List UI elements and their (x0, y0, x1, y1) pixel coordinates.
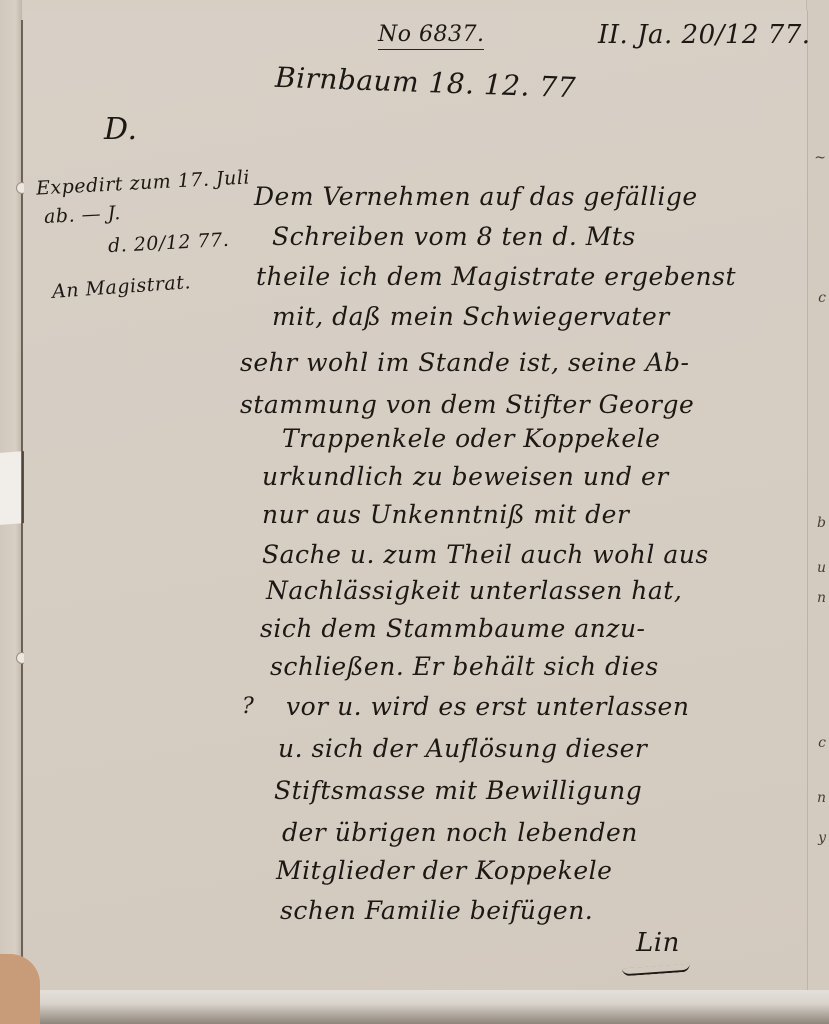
signature: Lin (636, 928, 680, 958)
body-line: der übrigen noch lebenden (282, 818, 638, 847)
adjacent-page-ink: n (817, 590, 826, 606)
reference-number: No 6837. (378, 22, 484, 50)
body-line: Trappenkele oder Koppekele (282, 424, 660, 453)
body-line: mit, daß mein Schwiegervater (272, 302, 670, 331)
body-line: sehr wohl im Stande ist, seine Ab- (240, 348, 689, 377)
adjacent-page-ink: ~ (814, 150, 826, 166)
body-line: theile ich dem Magistrate ergebenst (256, 262, 736, 291)
adjacent-page-ink: u (817, 560, 826, 576)
body-line: vor u. wird es erst unterlassen (286, 692, 689, 721)
margin-marker: D. (104, 112, 138, 147)
body-line: nur aus Unkenntniß mit der (262, 500, 629, 529)
right-adjacent-page: ~ c b u n c n y (806, 0, 829, 990)
body-line: schen Familie beifügen. (280, 896, 593, 925)
adjacent-page-ink: c (818, 290, 826, 306)
body-line: sich dem Stammbaume anzu- (260, 614, 646, 643)
body-line: Schreiben vom 8 ten d. Mts (272, 222, 636, 251)
body-line: Dem Vernehmen auf das gefällige (254, 182, 698, 211)
body-line: Nachlässigkeit unterlassen hat, (266, 576, 682, 605)
left-margin-mark: ? (242, 694, 254, 719)
adjacent-page-ink: c (818, 735, 826, 751)
body-line: Sache u. zum Theil auch wohl aus (262, 540, 709, 569)
adjacent-page-ink: b (817, 515, 826, 531)
adjacent-page-ink: y (818, 830, 826, 846)
body-line: schließen. Er behält sich dies (270, 652, 659, 681)
adjacent-page-ink: n (817, 790, 826, 806)
margin-note-line: ab. — J. (43, 202, 121, 228)
book-cover-edge (0, 990, 829, 1024)
scanned-manuscript-photo: ~ c b u n c n y No 6837. II. Ja. 20/12 7… (0, 0, 829, 1024)
body-line: urkundlich zu beweisen und er (262, 462, 669, 491)
body-line: stammung von dem Stifter George (240, 390, 694, 419)
body-line: Mitglieder der Koppekele (276, 856, 612, 885)
body-line: Stiftsmasse mit Bewilligung (274, 776, 642, 805)
file-reference: II. Ja. 20/12 77. (598, 20, 811, 50)
body-line: u. sich der Auflösung dieser (278, 734, 647, 763)
binding-thread (21, 20, 23, 1010)
